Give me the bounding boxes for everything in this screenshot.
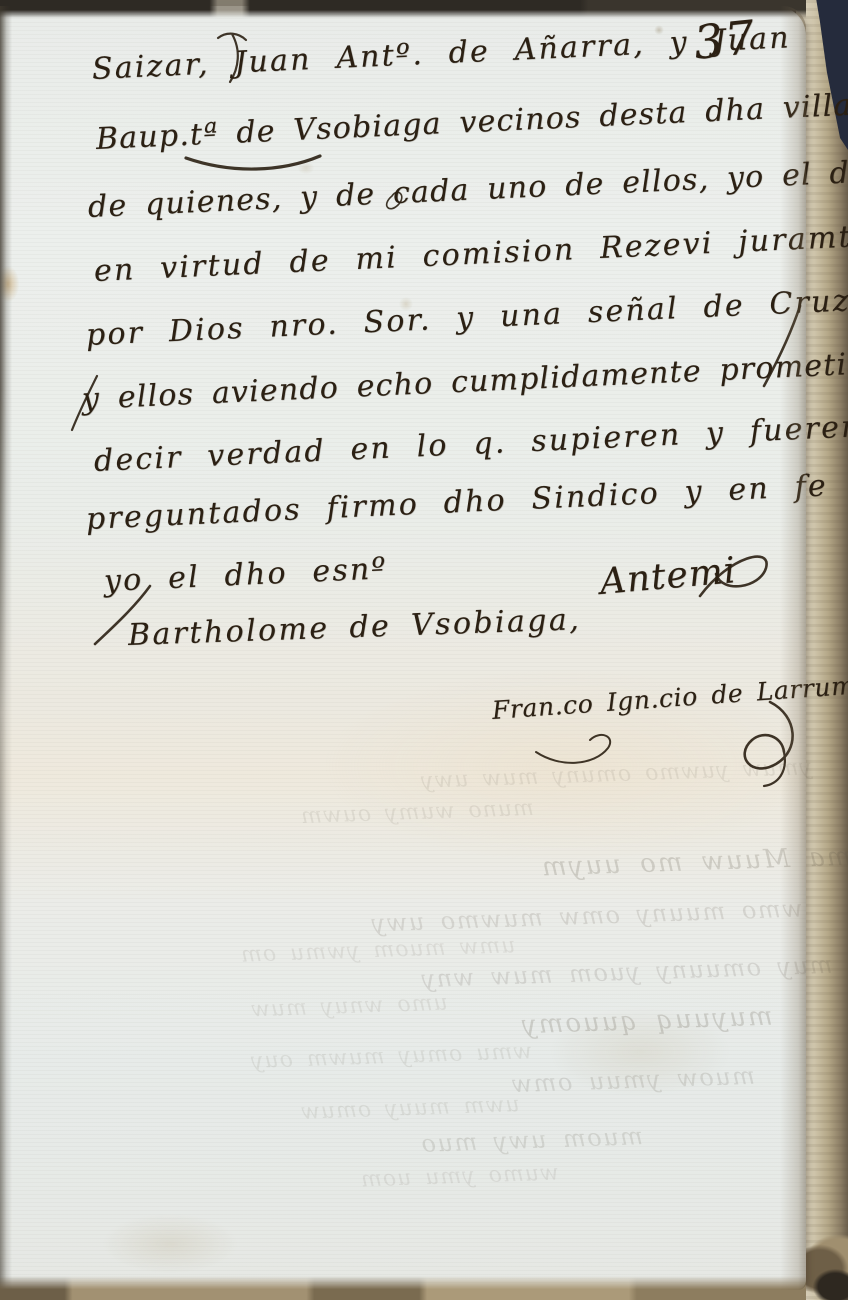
page-bottom-edge: [0, 1276, 806, 1300]
manuscript-page: ymuw yuwmo omuny muw uwy muno wumy ouwm …: [0, 6, 806, 1290]
page-top-edge: [0, 0, 806, 18]
page-left-edge: [0, 6, 12, 1290]
manuscript-scan: ymuw yuwmo omuny muw uwy muno wumy ouwm …: [0, 0, 848, 1300]
page-right-shading: [780, 6, 806, 1290]
